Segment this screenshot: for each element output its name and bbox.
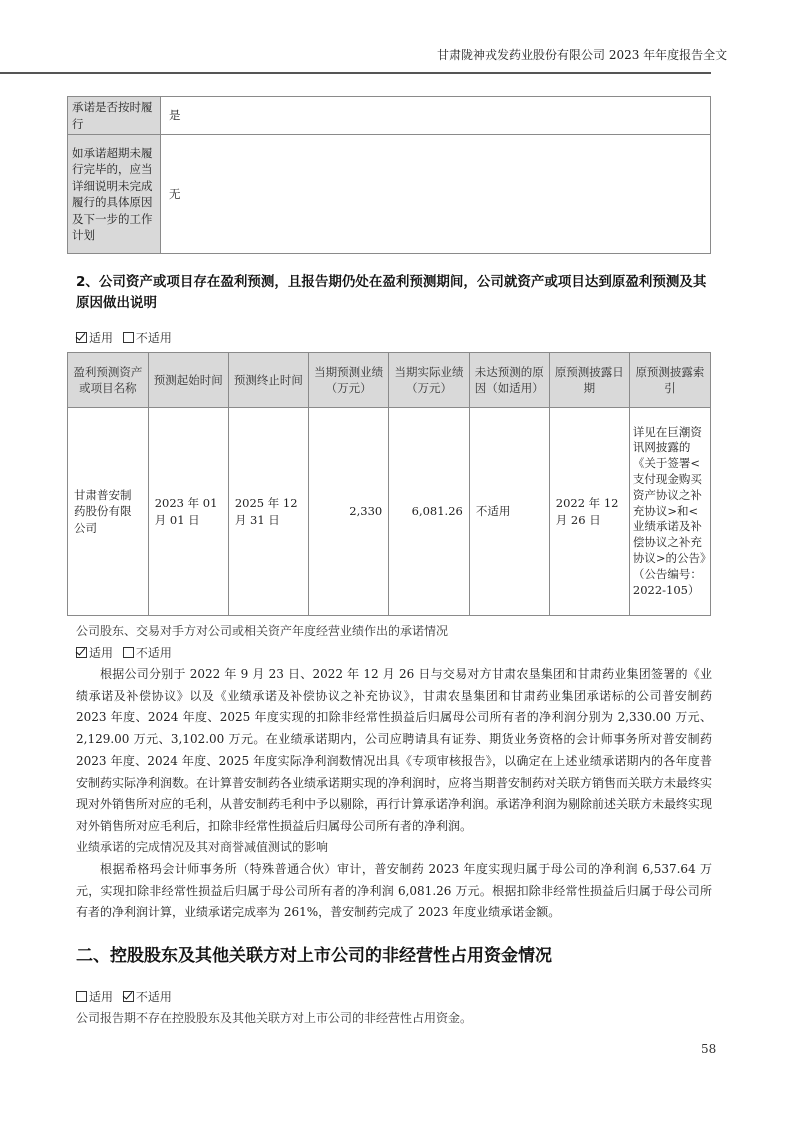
applicability-options-commitments: 适用 不适用: [76, 645, 178, 661]
cell-reason: 不适用: [469, 408, 549, 616]
table-row: 甘肃普安制药股份有限公司 2023 年 01 月 01 日 2025 年 12 …: [68, 408, 711, 616]
report-header-title: 甘肃陇神戎发药业股份有限公司 2023 年年度报告全文: [437, 47, 711, 63]
column-header: 原预测披露日期: [549, 353, 629, 408]
cell-actual-value: 6,081.26: [389, 408, 470, 616]
unchecked-box-icon: [123, 332, 134, 343]
profit-forecast-table: 盈利预测资产或项目名称 预测起始时间 预测终止时间 当期预测业绩（万元） 当期实…: [67, 352, 711, 616]
not-applicable-option[interactable]: 不适用: [123, 646, 172, 660]
table-row: 承诺是否按时履行 是: [68, 97, 711, 135]
checked-box-icon: [76, 332, 87, 343]
cell-asset-name: 甘肃普安制药股份有限公司: [68, 408, 149, 616]
row-value: 无: [161, 135, 711, 254]
applicable-option[interactable]: 适用: [76, 990, 113, 1004]
cell-forecast-value: 2,330: [309, 408, 389, 616]
applicability-options-forecast: 适用 不适用: [76, 330, 178, 346]
completion-subtitle: 业绩承诺的完成情况及其对商誉减值测试的影响: [76, 839, 328, 855]
row-label: 如承诺超期未履行完毕的，应当详细说明未完成履行的具体原因及下一步的工作计划: [68, 135, 161, 254]
cell-disclosure-index: 详见在巨潮资讯网披露的《关于签署<支付现金购买资产协议之补充协议>和<业绩承诺及…: [629, 408, 710, 616]
column-header: 未达预测的原因（如适用）: [469, 353, 549, 408]
column-header: 预测终止时间: [228, 353, 308, 408]
row-value: 是: [161, 97, 711, 135]
page-number: 58: [701, 1042, 716, 1056]
checked-box-icon: [123, 991, 134, 1002]
commitments-subtitle: 公司股东、交易对手方对公司或相关资产年度经营业绩作出的承诺情况: [76, 623, 448, 639]
column-header: 盈利预测资产或项目名称: [68, 353, 149, 408]
header-divider: [0, 72, 711, 74]
cell-end-date: 2025 年 12 月 31 日: [228, 408, 308, 616]
column-header: 当期实际业绩（万元）: [389, 353, 470, 408]
cell-disclosure-date: 2022 年 12 月 26 日: [549, 408, 629, 616]
commitment-status-table: 承诺是否按时履行 是 如承诺超期未履行完毕的，应当详细说明未完成履行的具体原因及…: [67, 96, 711, 254]
column-header: 当期预测业绩（万元）: [309, 353, 389, 408]
checked-box-icon: [76, 647, 87, 658]
completion-paragraph: 根据希格玛会计师事务所（特殊普通合伙）审计，普安制药 2023 年度实现归属于母…: [76, 859, 712, 924]
applicable-option[interactable]: 适用: [76, 331, 113, 345]
row-label: 承诺是否按时履行: [68, 97, 161, 135]
commitments-paragraph: 根据公司分别于 2022 年 9 月 23 日、2022 年 12 月 26 日…: [76, 664, 712, 838]
fund-occupation-statement: 公司报告期不存在控股股东及其他关联方对上市公司的非经营性占用资金。: [76, 1010, 472, 1026]
applicable-option[interactable]: 适用: [76, 646, 113, 660]
cell-start-date: 2023 年 01 月 01 日: [148, 408, 228, 616]
not-applicable-option[interactable]: 不适用: [123, 990, 172, 1004]
column-header: 原预测披露索引: [629, 353, 710, 408]
table-row: 如承诺超期未履行完毕的，应当详细说明未完成履行的具体原因及下一步的工作计划 无: [68, 135, 711, 254]
column-header: 预测起始时间: [148, 353, 228, 408]
unchecked-box-icon: [123, 647, 134, 658]
applicability-options-fund-occupation: 适用 不适用: [76, 989, 178, 1005]
not-applicable-option[interactable]: 不适用: [123, 331, 172, 345]
table-header-row: 盈利预测资产或项目名称 预测起始时间 预测终止时间 当期预测业绩（万元） 当期实…: [68, 353, 711, 408]
unchecked-box-icon: [76, 991, 87, 1002]
section-heading-profit-forecast: 2、公司资产或项目存在盈利预测，且报告期仍处在盈利预测期间，公司就资产或项目达到…: [76, 272, 716, 314]
section-heading-fund-occupation: 二、控股股东及其他关联方对上市公司的非经营性占用资金情况: [76, 944, 552, 968]
